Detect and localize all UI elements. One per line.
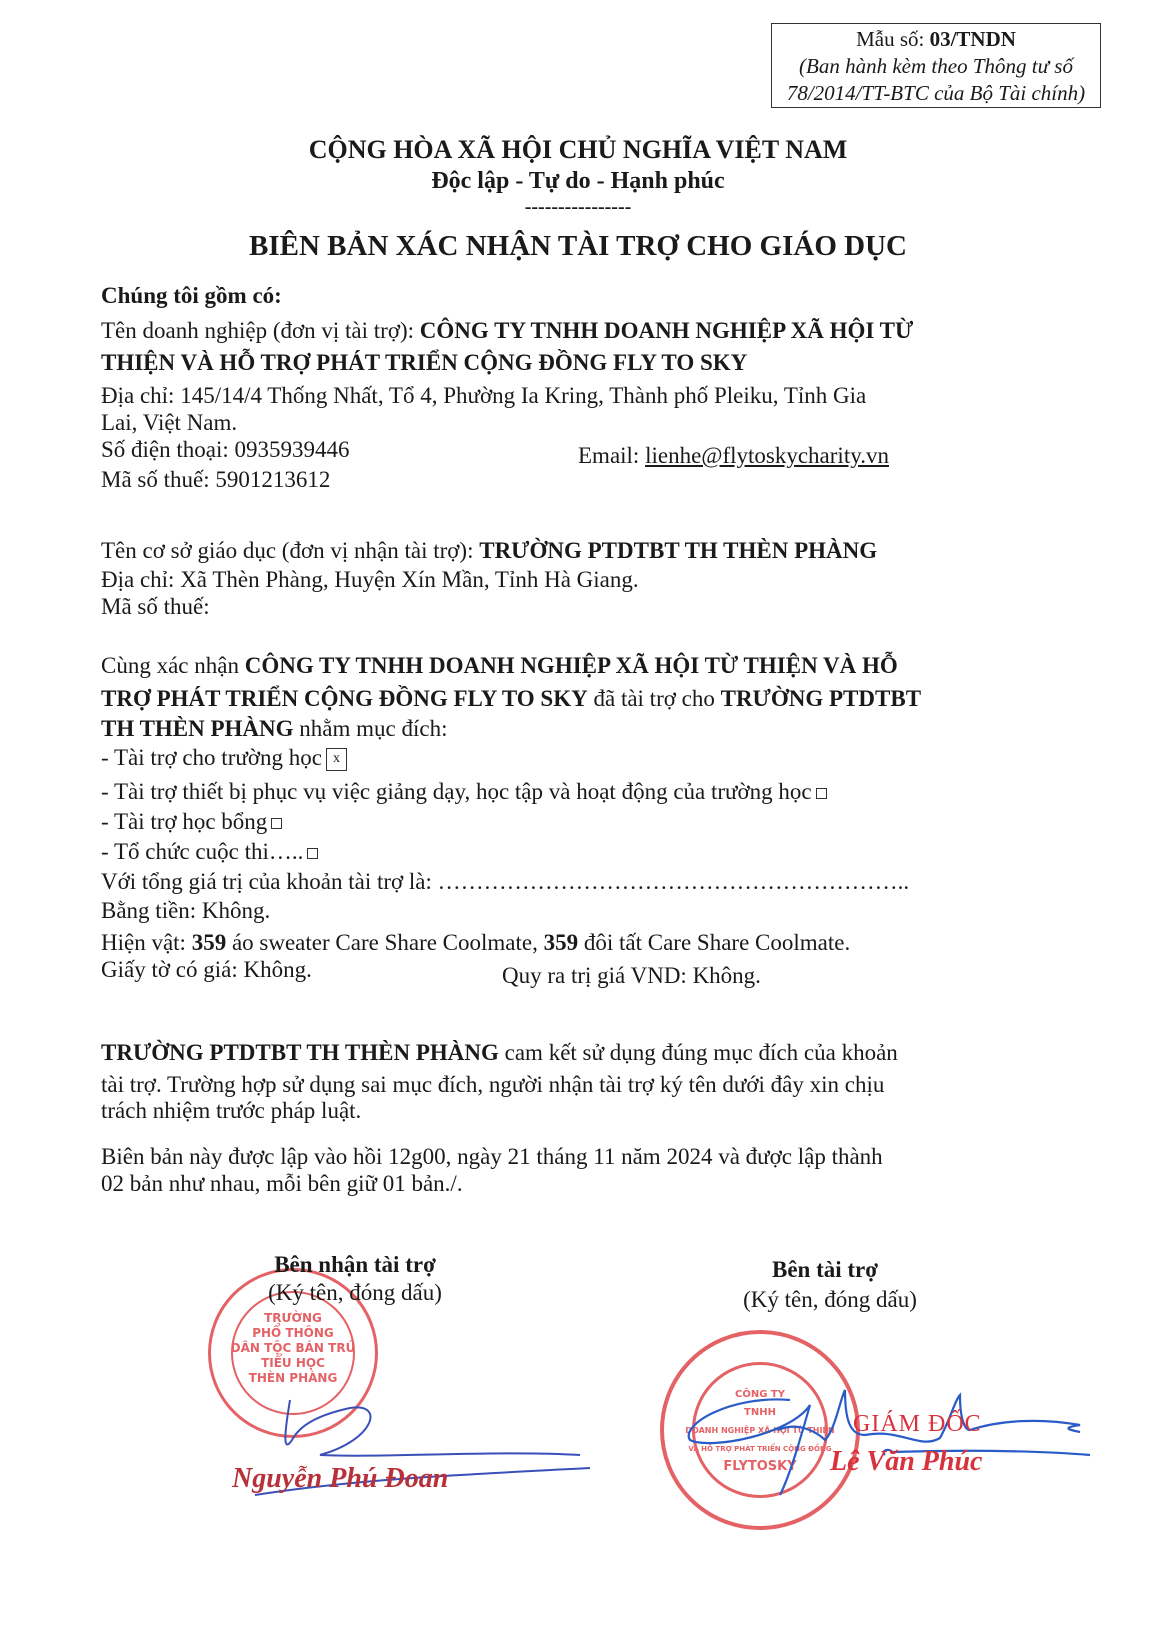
sponsor-phone: Số điện thoại: 0935939446 (101, 437, 350, 463)
closing-line-1: Biên bản này được lập vào hồi 12g00, ngà… (101, 1144, 883, 1170)
document-title: BIÊN BẢN XÁC NHẬN TÀI TRỢ CHO GIÁO DỤC (0, 230, 1156, 263)
national-motto: Độc lập - Tự do - Hạnh phúc (0, 168, 1156, 195)
recipient-stamp-text: TRƯỜNG PHỔ THÔNG DÂN TỘC BÁN TRÚ TIỂU HỌ… (211, 1311, 375, 1386)
purpose-checkbox[interactable] (816, 788, 827, 799)
confirmation-line-1: Cùng xác nhận CÔNG TY TNHH DOANH NGHIỆP … (101, 653, 898, 679)
commitment-line-3: trách nhiệm trước pháp luật. (101, 1098, 361, 1124)
commitment-line-1: TRƯỜNG PTDTBT TH THÈN PHÀNG cam kết sử d… (101, 1040, 898, 1066)
purpose-item: - Tổ chức cuộc thi….. (101, 839, 318, 865)
parties-intro: Chúng tôi gồm có: (101, 283, 282, 309)
sponsor-email-line: Email: lienhe@flytoskycharity.vn (578, 443, 889, 469)
purpose-item: - Tài trợ cho trường họcx (101, 745, 347, 771)
purpose-label: - Tổ chức cuộc thi….. (101, 839, 303, 864)
sponsor-name-part-2: THIỆN VÀ HỖ TRỢ PHÁT TRIỂN CỘNG ĐỒNG FLY… (101, 350, 747, 376)
confirmation-middle: đã tài trợ cho (593, 686, 714, 711)
commitment-line-1-rest: cam kết sử dụng đúng mục đích của khoản (505, 1040, 898, 1065)
purpose-item: - Tài trợ học bổng (101, 809, 282, 835)
in-kind-item-2: đôi tất Care Share Coolmate. (584, 930, 850, 955)
recipient-signature (200, 1380, 600, 1520)
sponsor-tax-code: Mã số thuế: 5901213612 (101, 467, 330, 493)
recipient-name: TRƯỜNG PTDTBT TH THÈN PHÀNG (479, 538, 877, 563)
sponsor-signer-name: Lê Văn Phúc (830, 1446, 982, 1478)
form-issued-line-1: (Ban hành kèm theo Thông tư số (772, 53, 1100, 80)
nation-heading: CỘNG HÒA XÃ HỘI CHỦ NGHĨA VIỆT NAM (0, 135, 1156, 165)
sponsor-email-label: Email: (578, 443, 639, 468)
recipient-signature-title: Bên nhận tài trợ (190, 1252, 520, 1278)
purpose-item: - Tài trợ thiết bị phục vụ việc giảng dạ… (101, 779, 827, 805)
confirmation-company-part-2: TRỢ PHÁT TRIỂN CỘNG ĐỒNG FLY TO SKY (101, 686, 588, 711)
form-label: Mẫu số: (856, 27, 924, 51)
commitment-school: TRƯỜNG PTDTBT TH THÈN PHÀNG (101, 1040, 499, 1065)
total-value: Với tổng giá trị của khoản tài trợ là: …… (101, 869, 909, 895)
sponsor-signature-title: Bên tài trợ (700, 1257, 950, 1283)
form-code: 03/TNDN (930, 27, 1016, 51)
confirmation-prefix: Cùng xác nhận (101, 653, 239, 678)
header-separator: ---------------- (0, 196, 1156, 219)
in-kind-qty-2: 359 (544, 930, 579, 955)
in-kind-item-1: áo sweater Care Share Coolmate, (232, 930, 538, 955)
confirmation-line-2: TRỢ PHÁT TRIỂN CỘNG ĐỒNG FLY TO SKY đã t… (101, 686, 921, 712)
purpose-checkbox[interactable] (271, 818, 282, 829)
confirmation-school-part-1: TRƯỜNG PTDTBT (721, 686, 921, 711)
form-number-box: Mẫu số: 03/TNDN (Ban hành kèm theo Thông… (771, 23, 1101, 108)
sponsor-address-line-1: Địa chỉ: 145/14/4 Thống Nhất, Tổ 4, Phườ… (101, 383, 866, 409)
in-kind-qty-1: 359 (192, 930, 227, 955)
recipient-name-label: Tên cơ sở giáo dục (đơn vị nhận tài trợ)… (101, 538, 473, 563)
confirmation-suffix: nhằm mục đích: (299, 716, 447, 741)
recipient-signature-note: (Ký tên, đóng dấu) (190, 1280, 520, 1306)
securities-value: Giấy tờ có giá: Không. (101, 957, 312, 983)
purpose-label: - Tài trợ cho trường học (101, 745, 322, 770)
cash-value: Bằng tiền: Không. (101, 898, 270, 924)
purpose-checkbox[interactable] (307, 848, 318, 859)
sponsor-name-line-1: Tên doanh nghiệp (đơn vị tài trợ): CÔNG … (101, 318, 913, 344)
confirmation-school-part-2: TH THÈN PHÀNG (101, 716, 294, 741)
in-kind-label: Hiện vật: (101, 930, 186, 955)
sponsor-signature-note: (Ký tên, đóng dấu) (690, 1287, 970, 1313)
sponsor-name-part-1: CÔNG TY TNHH DOANH NGHIỆP XÃ HỘI TỪ (420, 318, 914, 343)
purpose-label: - Tài trợ thiết bị phục vụ việc giảng dạ… (101, 779, 812, 804)
confirmation-company-part-1: CÔNG TY TNHH DOANH NGHIỆP XÃ HỘI TỪ THIỆ… (245, 653, 898, 678)
sponsor-address-line-2: Lai, Việt Nam. (101, 410, 237, 436)
recipient-tax-code: Mã số thuế: (101, 594, 210, 620)
form-issued-line-2: 78/2014/TT-BTC của Bộ Tài chính) (772, 80, 1100, 107)
confirmation-line-3: TH THÈN PHÀNG nhằm mục đích: (101, 716, 447, 742)
sponsor-name-label: Tên doanh nghiệp (đơn vị tài trợ): (101, 318, 414, 343)
in-kind-line: Hiện vật: 359 áo sweater Care Share Cool… (101, 930, 850, 956)
closing-line-2: 02 bản như nhau, mỗi bên giữ 01 bản./. (101, 1171, 463, 1197)
commitment-line-2: tài trợ. Trường hợp sử dụng sai mục đích… (101, 1072, 884, 1098)
purpose-checkbox-checked[interactable]: x (326, 748, 347, 771)
purpose-label: - Tài trợ học bổng (101, 809, 267, 834)
recipient-signer-name: Nguyễn Phú Đoan (232, 1463, 448, 1495)
vnd-value: Quy ra trị giá VND: Không. (502, 963, 761, 989)
sponsor-signature (670, 1380, 1090, 1500)
sponsor-email-link[interactable]: lienhe@flytoskycharity.vn (645, 443, 889, 468)
recipient-name-line: Tên cơ sở giáo dục (đơn vị nhận tài trợ)… (101, 538, 877, 564)
recipient-address: Địa chỉ: Xã Thèn Phàng, Huyện Xín Mần, T… (101, 567, 639, 593)
sponsor-position: GIÁM ĐỐC (853, 1411, 982, 1438)
